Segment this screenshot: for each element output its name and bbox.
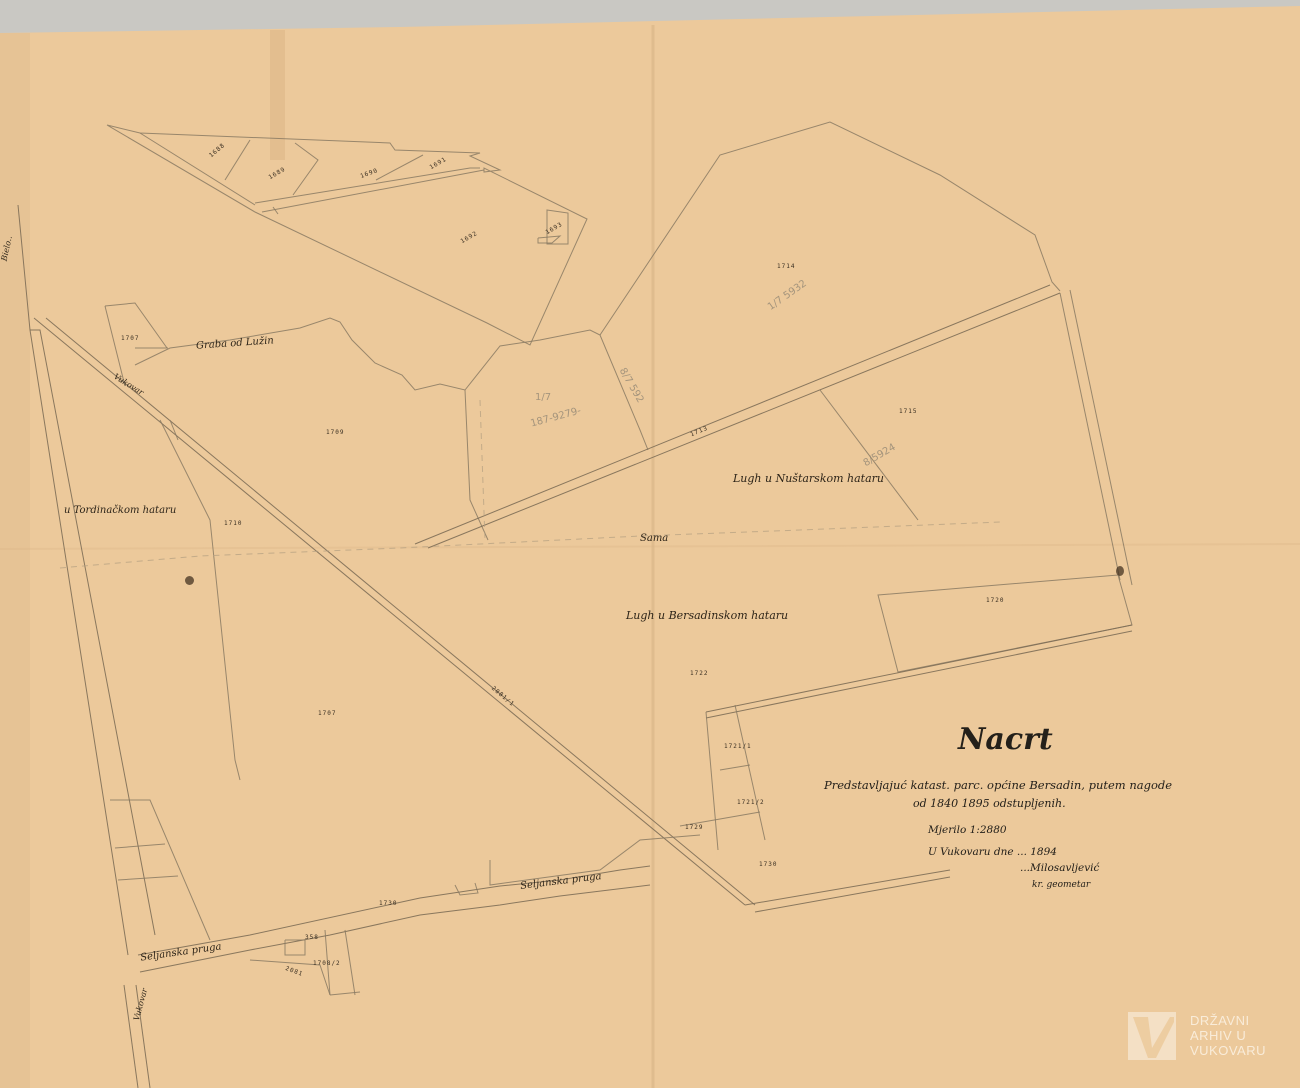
- map-sheet: Lugh u Nuštarskom hataru Sama Lugh u Ber…: [0, 0, 1300, 1088]
- area-label-tordinci: u Tordinačkom hataru: [64, 505, 176, 516]
- parcel-number: 1721/2: [737, 799, 765, 806]
- parcel-number: 1715: [899, 408, 917, 415]
- parcel-number: 1710: [224, 520, 242, 527]
- parcel-number: 1714: [777, 263, 795, 270]
- parcel-number: 1729: [685, 824, 703, 831]
- surveyor-role: kr. geometar: [1032, 880, 1090, 890]
- area-label-sama: Sama: [640, 533, 668, 544]
- archive-logo-icon: [1128, 1012, 1176, 1060]
- area-label-nustar: Lugh u Nuštarskom hataru: [733, 472, 884, 485]
- archive-name-line2: ARHIV U: [1190, 1028, 1266, 1043]
- ink-stain: [1116, 566, 1124, 576]
- pencil-note: 1/7: [535, 392, 551, 403]
- surveyor-signature: ...Milosavljević: [1020, 862, 1099, 874]
- parcel-number: 1730: [379, 900, 397, 907]
- parcel-number: 1722: [690, 670, 708, 677]
- parcel-number: 1707: [121, 335, 139, 342]
- map-description-line2: od 1840 1895 odstupljenih.: [810, 797, 1263, 810]
- parcel-number: 1721/1: [724, 743, 752, 750]
- archive-name-line3: VUKOVARU: [1190, 1043, 1266, 1058]
- archive-name: DRŽAVNI ARHIV U VUKOVARU: [1190, 1013, 1266, 1058]
- map-description-line1: Predstavljajuć katast. parc. općine Bers…: [810, 778, 1174, 792]
- archive-name-line1: DRŽAVNI: [1190, 1013, 1266, 1028]
- parcel-number: 1708/2: [313, 960, 341, 967]
- map-scale: Mjerilo 1:2880: [928, 824, 1007, 836]
- parcel-number: 1720: [986, 597, 1004, 604]
- parcel-number: 1709: [326, 429, 344, 436]
- map-title: Nacrt: [958, 722, 1053, 757]
- parcel-number: 358: [305, 934, 319, 941]
- ink-stain: [185, 576, 194, 585]
- map-place-date: U Vukovaru dne ... 1894: [928, 846, 1057, 858]
- parcel-number: 1707: [318, 710, 336, 717]
- area-label-bersadin: Lugh u Bersadinskom hataru: [626, 609, 788, 622]
- archive-watermark: DRŽAVNI ARHIV U VUKOVARU: [1128, 1012, 1300, 1062]
- parcel-number: 1730: [759, 861, 777, 868]
- map-drawing: [0, 0, 1300, 1088]
